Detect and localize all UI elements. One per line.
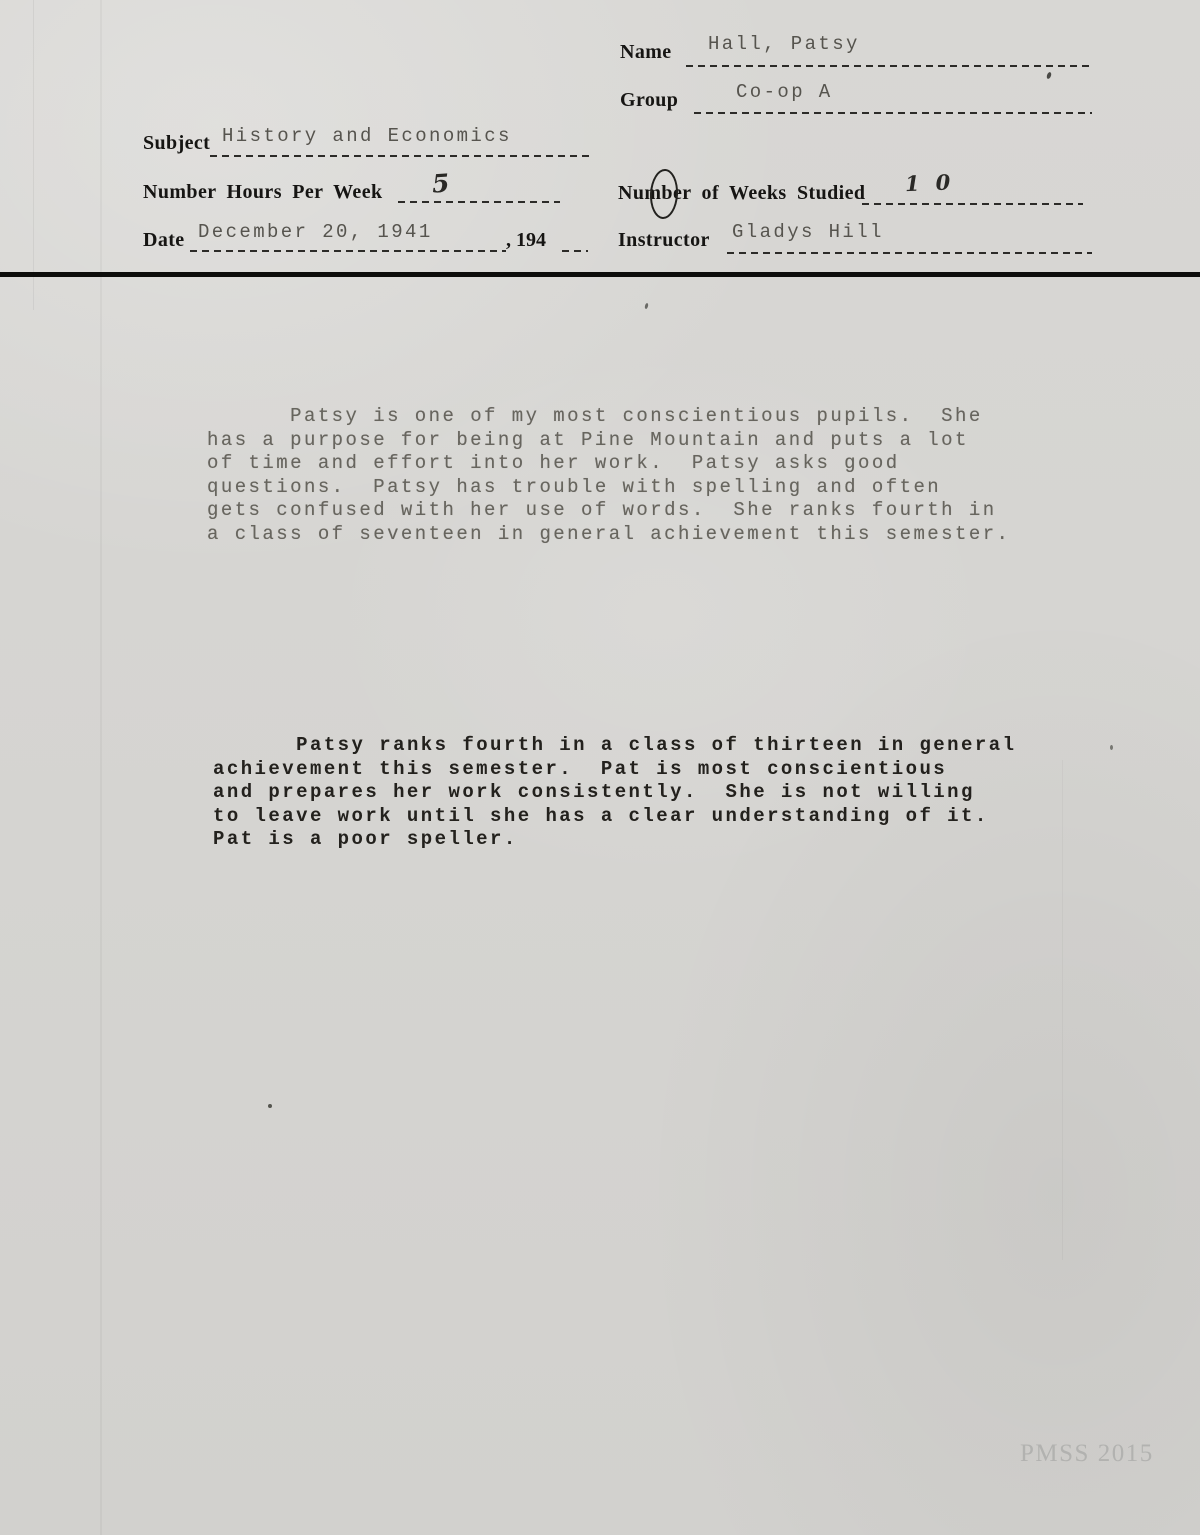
document-page: Name Hall, Patsy Group Co-op A Subject H…: [0, 0, 1200, 1535]
paper-speck: [1110, 745, 1113, 750]
hours-per-week-value-handwritten: 5: [431, 168, 450, 198]
date-year-underline: [562, 250, 588, 252]
name-underline: [686, 65, 1092, 67]
hours-per-week-underline: [398, 201, 560, 203]
instructor-value: Gladys Hill: [732, 221, 884, 243]
evaluation-paragraph-second: Patsy ranks fourth in a class of thirtee…: [213, 734, 1113, 852]
weeks-studied-value-handwritten: 10: [905, 169, 967, 196]
subject-value: History and Economics: [222, 125, 512, 147]
hours-per-week-label: Number Hours Per Week: [143, 181, 383, 204]
pen-oval-mark: [649, 168, 680, 219]
group-label: Group: [620, 89, 678, 112]
subject-label: Subject: [143, 132, 210, 155]
paper-crease: [100, 0, 102, 1535]
evaluation-paragraph-first: Patsy is one of my most conscientious pu…: [207, 405, 1107, 547]
instructor-label: Instructor: [618, 229, 710, 252]
date-value: December 20, 1941: [198, 221, 433, 243]
paper-speck: [1046, 72, 1052, 80]
date-printed-year-prefix: , 194: [506, 229, 546, 252]
name-value: Hall, Patsy: [708, 33, 860, 55]
group-underline: [694, 112, 1092, 114]
date-underline: [190, 250, 506, 252]
paper-speck: [644, 303, 648, 310]
paper-crease: [33, 0, 34, 310]
date-label: Date: [143, 229, 185, 252]
weeks-studied-underline: [862, 203, 1083, 205]
name-label: Name: [620, 41, 672, 64]
instructor-underline: [727, 252, 1092, 254]
paper-speck: [268, 1104, 272, 1108]
watermark: PMSS 2015: [1020, 1440, 1154, 1468]
divider-rule: [0, 272, 1200, 277]
subject-underline: [210, 155, 592, 157]
group-value: Co-op A: [736, 81, 833, 103]
